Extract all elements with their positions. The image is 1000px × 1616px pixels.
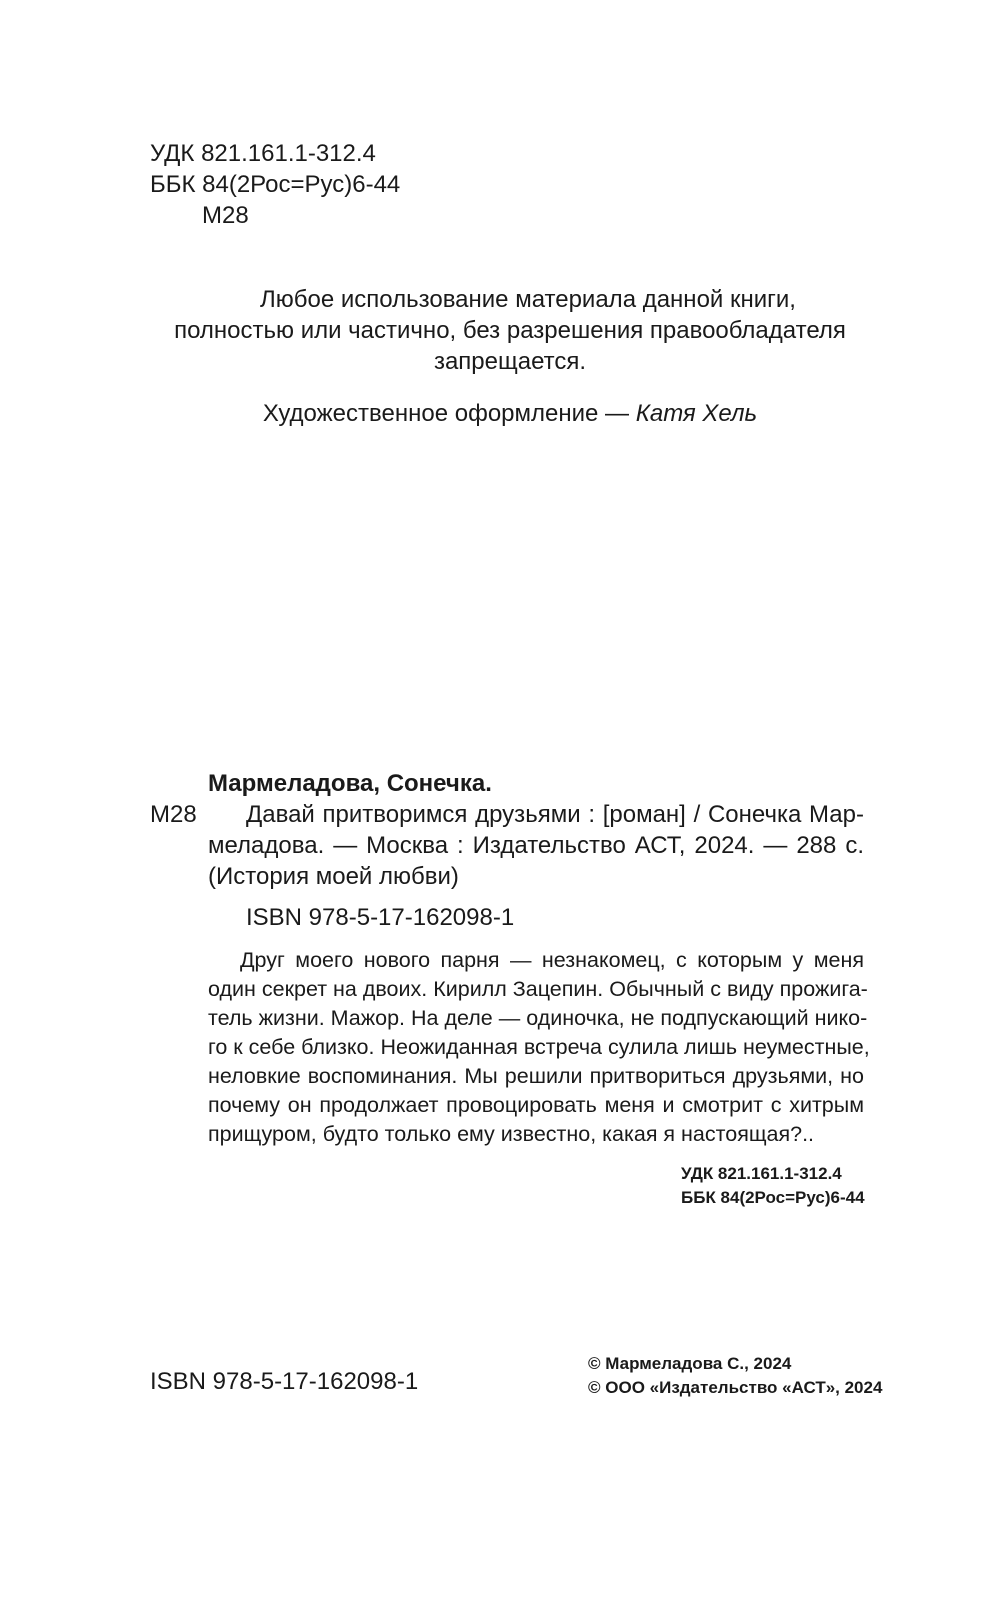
card-udk-code: УДК 821.161.1-312.4: [681, 1162, 842, 1186]
design-credit-artist: Катя Хель: [636, 400, 757, 427]
card-bbk-code: ББК 84(2Рос=Рус)6-44: [681, 1186, 865, 1210]
annotation-line: один секрет на двоих. Кирилл Зацепин. Об…: [208, 975, 864, 1004]
copyright-notice-line: полностью или частично, без разрешения п…: [140, 315, 880, 346]
copyright-notice: Любое использование материала данной кни…: [140, 284, 880, 377]
copyright-publisher: © ООО «Издательство «АСТ», 2024: [588, 1376, 882, 1400]
annotation-line: Друг моего нового парня — незнакомец, с …: [208, 946, 864, 975]
design-credit-label: Художественное оформление —: [263, 400, 636, 427]
catalog-description-line: (История моей любви): [208, 861, 864, 892]
catalog-description-line: меладова. — Москва : Издательство АСТ, 2…: [208, 830, 864, 861]
annotation-line: почему он продолжает провоцировать меня …: [208, 1091, 864, 1120]
catalog-isbn: ISBN 978-5-17-162098-1: [246, 902, 514, 933]
annotation-line: тель жизни. Мажор. На деле — одиночка, н…: [208, 1004, 864, 1033]
bbk-code: ББК 84(2Рос=Рус)6-44: [150, 169, 400, 200]
catalog-description-line: Давай притворимся друзьями : [роман] / С…: [208, 799, 864, 830]
copyright-notice-line: запрещается.: [140, 346, 880, 377]
copyright-notice-line: Любое использование материала данной кни…: [140, 284, 880, 315]
catalog-author: Мармеладова, Сонечка.: [208, 768, 492, 799]
author-mark: М28: [202, 200, 249, 231]
copyright-author: © Мармеладова С., 2024: [588, 1352, 791, 1376]
udk-code: УДК 821.161.1-312.4: [150, 138, 376, 169]
annotation-line: прищуром, будто только ему известно, как…: [208, 1120, 864, 1149]
annotation-line: го к себе близко. Неожиданная встреча су…: [208, 1033, 864, 1062]
footer-isbn: ISBN 978-5-17-162098-1: [150, 1366, 418, 1397]
design-credit: Художественное оформление — Катя Хель: [140, 398, 880, 429]
annotation-line: неловкие воспоминания. Мы решили притвор…: [208, 1062, 864, 1091]
catalog-description: Давай притворимся друзьями : [роман] / С…: [208, 799, 864, 892]
annotation: Друг моего нового парня — незнакомец, с …: [208, 946, 864, 1149]
catalog-author-mark: М28: [150, 799, 197, 830]
